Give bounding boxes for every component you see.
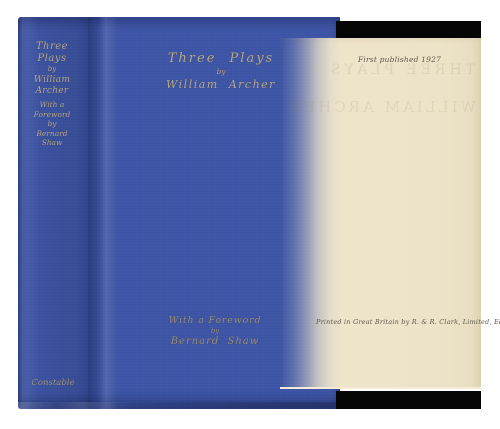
spine-line: by	[22, 119, 82, 129]
spine-publisher: Constable	[26, 378, 80, 388]
show-through-text: THREE PLAYS	[326, 62, 476, 78]
cover-author: William Archer	[158, 78, 284, 91]
title-page-verso: THREE PLAYS WILLIAM ARCHER First publish…	[280, 38, 481, 389]
page-bottom-shadow	[336, 391, 481, 409]
first-published-line: First published 1927	[358, 55, 441, 64]
spine-line: William	[22, 75, 82, 86]
spine-line: Bernard	[22, 129, 82, 139]
book-bottom-edge	[18, 402, 340, 409]
printer-imprint-line: Printed in Great Britain by R. & R. Clar…	[316, 318, 478, 326]
spine-line: Three	[22, 41, 82, 53]
cover-foreword-author: Bernard Shaw	[156, 336, 274, 348]
spine-line: Shaw	[22, 138, 82, 148]
spine-hinge-groove	[88, 17, 116, 409]
cover-title-block: Three Plays by William Archer	[158, 51, 284, 91]
book-photograph: Three Plays by William Archer With a For…	[0, 0, 500, 429]
cover-title: Three Plays	[158, 51, 284, 66]
spine-line: Archer	[22, 86, 82, 97]
cover-by: by	[158, 66, 284, 78]
spine-line: With a	[22, 100, 82, 110]
cover-foreword-by: by	[156, 326, 274, 336]
spine-line: Foreword	[22, 110, 82, 120]
cover-foreword-block: With a Foreword by Bernard Shaw	[156, 315, 274, 348]
spine-lettering: Three Plays by William Archer With a For…	[22, 41, 82, 148]
cover-foreword-line: With a Foreword	[156, 315, 274, 326]
spine-line: Plays	[22, 53, 82, 65]
show-through-text: WILLIAM ARCHER	[326, 98, 476, 116]
page-top-shadow	[336, 21, 481, 38]
spine-line: by	[22, 64, 82, 75]
